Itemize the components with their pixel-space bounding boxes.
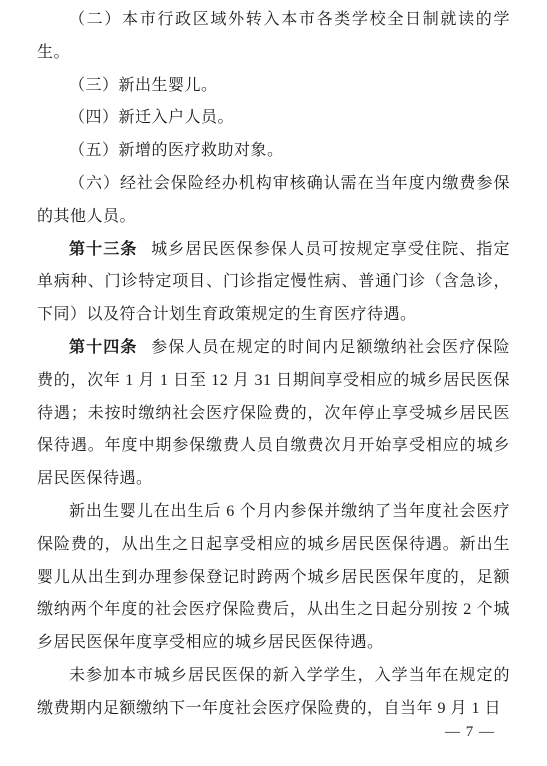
page-number: — 7 — [445,724,495,741]
article-14-paragraph: 第十四条参保人员在规定的时间内足额缴纳社会医疗保险费的，次年 1 月 1 日至 … [37,332,510,496]
clause-item-3: （三）新出生婴儿。 [37,70,510,103]
article-14-text: 参保人员在规定的时间内足额缴纳社会医疗保险费的，次年 1 月 1 日至 12 月… [37,339,510,487]
clause-item-4: （四）新迁入户人员。 [37,102,510,135]
article-14-number: 第十四条 [69,339,137,356]
article-13-number: 第十三条 [69,241,137,258]
clause-item-6: （六）经社会保险经办机构审核确认需在当年度内缴费参保的其他人员。 [37,168,510,234]
document-page: （二）本市行政区域外转入本市各类学校全日制就读的学生。 （三）新出生婴儿。 （四… [0,0,547,766]
article-13-paragraph: 第十三条城乡居民医保参保人员可按规定享受住院、指定单病种、门诊特定项目、门诊指定… [37,234,510,332]
clause-item-2: （二）本市行政区域外转入本市各类学校全日制就读的学生。 [37,4,510,70]
newborn-paragraph: 新出生婴儿在出生后 6 个月内参保并缴纳了当年度社会医疗保险费的，从出生之日起享… [37,496,510,660]
clause-item-5: （五）新增的医疗救助对象。 [37,135,510,168]
new-student-paragraph: 未参加本市城乡居民医保的新入学学生，入学当年在规定的缴费期内足额缴纳下一年度社会… [37,660,510,726]
document-body: （二）本市行政区域外转入本市各类学校全日制就读的学生。 （三）新出生婴儿。 （四… [37,4,510,726]
